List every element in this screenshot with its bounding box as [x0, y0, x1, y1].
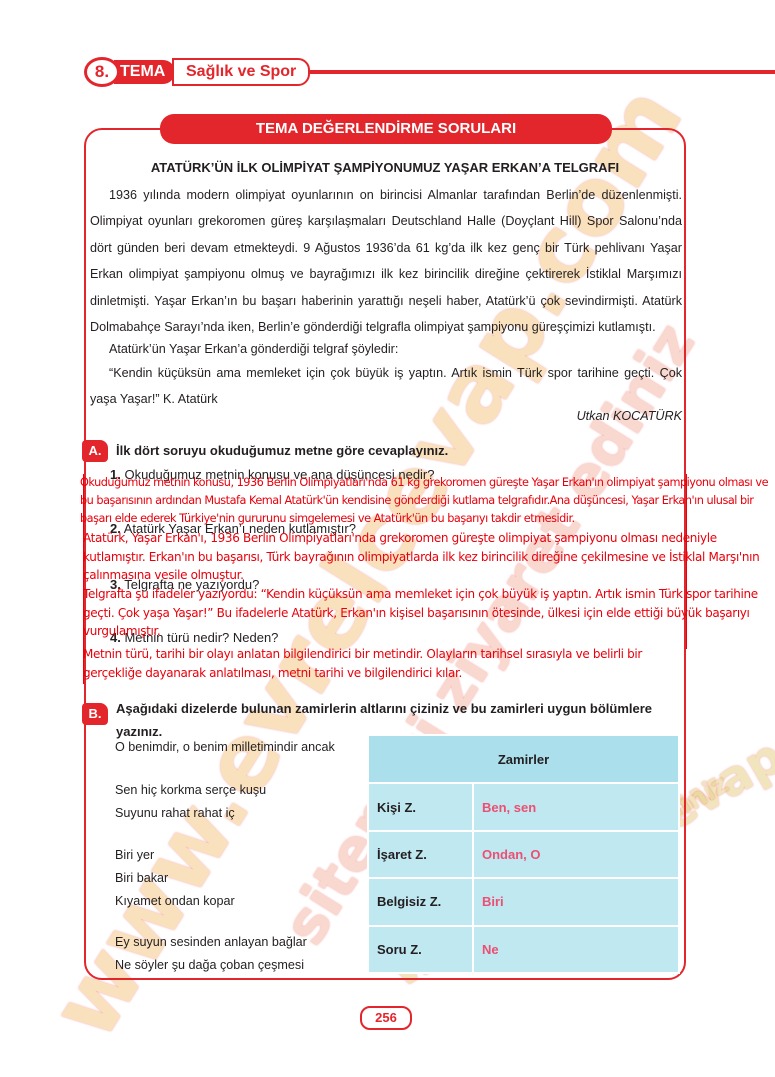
poem-line: Biri bakar	[115, 867, 335, 890]
pronoun-table: Zamirler Kişi Z. Ben, sen İşaret Z. Onda…	[367, 734, 680, 974]
poem-line: Ey suyun sesinden anlayan bağlar	[115, 931, 335, 954]
section-b-badge: B.	[82, 703, 108, 725]
poem-line: Sen hiç korkma serçe kuşu	[115, 779, 335, 802]
answer-1: Okuduğumuz metnin konusu, 1936 Berlin Ol…	[80, 474, 775, 528]
row-label: Kişi Z.	[368, 783, 473, 830]
section-a-heading: İlk dört soruyu okuduğumuz metne göre ce…	[116, 443, 448, 458]
answer-2: Atatürk, Yaşar Erkan'ı, 1936 Berlin Olim…	[83, 529, 773, 585]
table-row: İşaret Z. Ondan, O	[368, 831, 679, 878]
story-paragraph-2: Atatürk’ün Yaşar Erkan’a gönderdiği telg…	[90, 336, 682, 362]
theme-number: 8.	[84, 57, 120, 87]
table-row: Kişi Z. Ben, sen	[368, 783, 679, 830]
row-label: Soru Z.	[368, 926, 473, 973]
row-answer: Ne	[473, 926, 679, 973]
row-answer: Ondan, O	[473, 831, 679, 878]
section-title: TEMA DEĞERLENDİRME SORULARI	[160, 114, 612, 144]
row-label: Belgisiz Z.	[368, 878, 473, 925]
page-number: 256	[360, 1006, 412, 1030]
row-label: İşaret Z.	[368, 831, 473, 878]
story-paragraph-1: 1936 yılında modern olimpiyat oyunlarını…	[90, 182, 682, 340]
answer-guide-left	[83, 474, 84, 684]
answer-3: Telgrafta şu ifadeler yazıyordu: “Kendin…	[83, 585, 773, 641]
poem-line: Biri yer	[115, 844, 335, 867]
section-a-badge: A.	[82, 440, 108, 462]
poem-line: O benimdir, o benim milletimindir ancak	[115, 736, 335, 759]
answer-guide-right	[686, 474, 687, 649]
table-row: Belgisiz Z. Biri	[368, 878, 679, 925]
theme-title: Sağlık ve Spor	[172, 58, 310, 86]
tema-label: TEMA	[114, 60, 175, 84]
row-answer: Biri	[473, 878, 679, 925]
header-rule	[284, 70, 775, 74]
story-paragraph-3: “Kendin küçüksün ama memleket için çok b…	[90, 360, 682, 413]
story-author: Utkan KOCATÜRK	[90, 409, 682, 423]
poem-line: Suyunu rahat rahat iç	[115, 802, 335, 825]
table-row: Soru Z. Ne	[368, 926, 679, 973]
answer-4: Metnin türü, tarihi bir olayı anlatan bi…	[83, 645, 683, 682]
theme-header: TEMA 8. Sağlık ve Spor	[84, 57, 775, 87]
poem: O benimdir, o benim milletimindir ancak …	[115, 736, 335, 977]
poem-line: Kıyamet ondan kopar	[115, 890, 335, 913]
story-title: ATATÜRK’ÜN İLK OLİMPİYAT ŞAMPİYONUMUZ YA…	[90, 160, 680, 175]
row-answer: Ben, sen	[473, 783, 679, 830]
poem-line: Ne söyler şu dağa çoban çeşmesi	[115, 954, 335, 977]
